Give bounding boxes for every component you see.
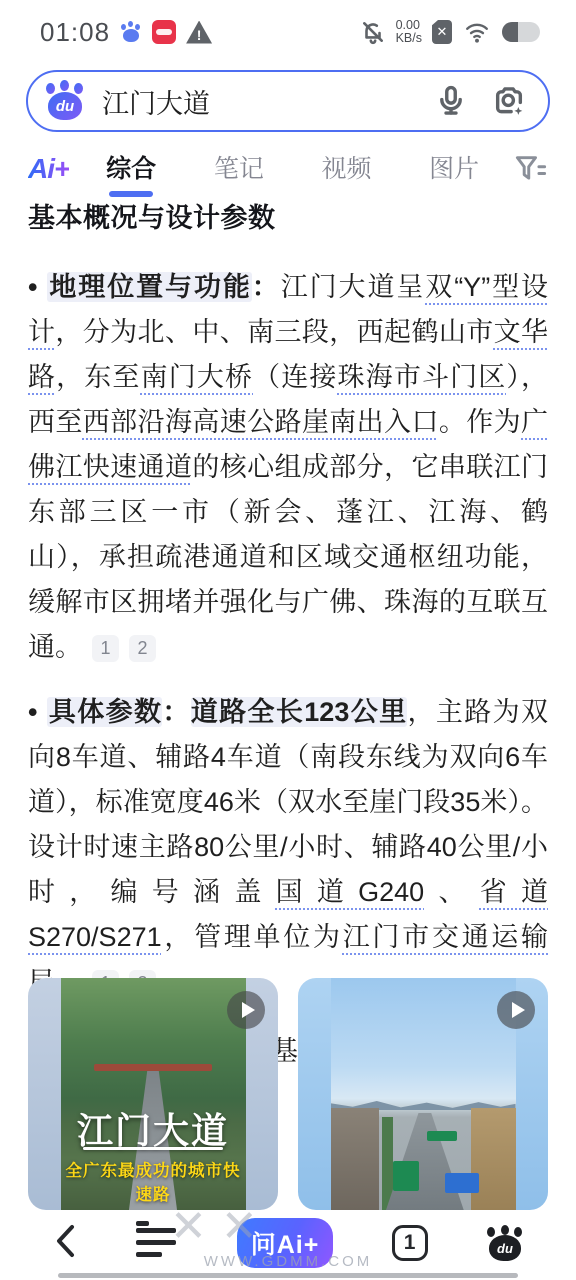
text-segment: 道路全长123公里 [191, 697, 408, 727]
red-app-notification-icon [152, 20, 176, 44]
text-segment: 。作为 [439, 407, 521, 437]
text-segment: ，主路为双向8车道、辅路4车道（南段东线为双向6车道），标准宽度46米（双水至崖… [28, 697, 548, 907]
text-segment: ： [162, 697, 190, 727]
clock-time: 01:08 [40, 17, 110, 48]
text-segment: ，东至 [56, 362, 140, 392]
text-segment: 具体参数 [47, 697, 162, 727]
play-icon[interactable] [497, 991, 535, 1029]
results-tabs: 综合笔记视频图片 [77, 149, 508, 189]
tab-shipin[interactable]: 视频 [321, 149, 371, 189]
wifi-icon [462, 19, 492, 45]
video-thumbnail: 江门大道 全广东最成功的城市快速路 [61, 978, 246, 1210]
video-card[interactable]: 江门大道 全广东最成功的城市快速路 [28, 978, 278, 1210]
video-overlay-subtitle: 全广东最成功的城市快速路 [61, 1157, 246, 1205]
search-input[interactable]: 江门大道 [102, 82, 434, 121]
sim-error-icon: ✕ [432, 20, 452, 44]
bullet-dot: • [28, 697, 37, 727]
entity-link[interactable]: 西部沿海高速公路崖南出入口 [83, 407, 439, 437]
video-results: 江门大道 全广东最成功的城市快速路 [28, 978, 548, 1210]
tab-tupian[interactable]: 图片 [429, 149, 479, 189]
mic-icon[interactable] [434, 84, 468, 118]
entity-link[interactable]: 南门大桥 [141, 362, 254, 392]
citation-badge[interactable]: 1 [92, 635, 119, 662]
camera-search-icon[interactable] [492, 84, 526, 118]
text-segment: ，管理单位为 [162, 922, 343, 952]
results-tab-bar: Ai+ 综合笔记视频图片 [0, 144, 576, 194]
video-thumbnail [331, 978, 516, 1210]
text-segment: ，分为北、中、南三段，西起鹤山市 [55, 317, 493, 347]
search-bar[interactable]: du 江门大道 [26, 70, 550, 132]
menu-lines-icon[interactable] [136, 1228, 178, 1258]
notification-dot [136, 1221, 149, 1226]
entity-link[interactable]: 国道G240 [276, 877, 425, 907]
citation-badge[interactable]: 2 [129, 635, 156, 662]
bullet-paragraph: •地理位置与功能：江门大道呈双“Y”型设计，分为北、中、南三段，西起鹤山市文华路… [28, 265, 548, 670]
bullet-paragraph: •具体参数：道路全长123公里，主路为双向8车道、辅路4车道（南段东线为双向6车… [28, 690, 548, 1005]
baidu-paw-logo: du [44, 80, 86, 122]
section-heading: 基本概况与设计参数 [28, 196, 548, 235]
home-indicator[interactable] [58, 1273, 518, 1278]
back-chevron-icon[interactable] [52, 1223, 78, 1264]
ai-plus-logo[interactable]: Ai+ [28, 153, 69, 185]
warning-triangle-icon [186, 21, 212, 44]
battery-icon [502, 22, 540, 42]
bullet-dot: • [28, 272, 37, 302]
entity-link[interactable]: 珠海市斗门区 [338, 362, 507, 392]
status-bar: 01:08 0.00KB/s ✕ [0, 0, 576, 58]
tab-zonghe[interactable]: 综合 [106, 149, 156, 189]
tab-biji[interactable]: 笔记 [214, 149, 264, 189]
text-segment: （连接 [253, 362, 337, 392]
network-speed: 0.00KB/s [396, 19, 422, 45]
video-card[interactable] [298, 978, 548, 1210]
bottom-nav-bar: 问Ai+ 1 du [0, 1212, 576, 1280]
ask-ai-button[interactable]: 问Ai+ [237, 1218, 334, 1268]
text-segment: ： [252, 272, 281, 302]
text-segment: 的核心组成部分，它串联江门东部三区一市（新会、蓬江、江海、鹤山），承担疏港通道和… [28, 452, 548, 662]
play-icon[interactable] [227, 991, 265, 1029]
bullet-list: •地理位置与功能：江门大道呈双“Y”型设计，分为北、中、南三段，西起鹤山市文华路… [28, 265, 548, 1005]
bell-muted-icon [360, 19, 386, 45]
baidu-paw-icon[interactable]: du [486, 1225, 524, 1261]
tab-counter[interactable]: 1 [392, 1225, 428, 1261]
filter-funnel-icon[interactable] [514, 154, 548, 184]
text-segment: 地理位置与功能 [47, 272, 251, 302]
baidu-paw-notification-icon [120, 21, 142, 43]
text-segment: 、 [424, 877, 480, 907]
text-segment: 江门大道呈 [281, 272, 426, 302]
ai-answer-content: 基本概况与设计参数 •地理位置与功能：江门大道呈双“Y”型设计，分为北、中、南三… [28, 196, 548, 1071]
